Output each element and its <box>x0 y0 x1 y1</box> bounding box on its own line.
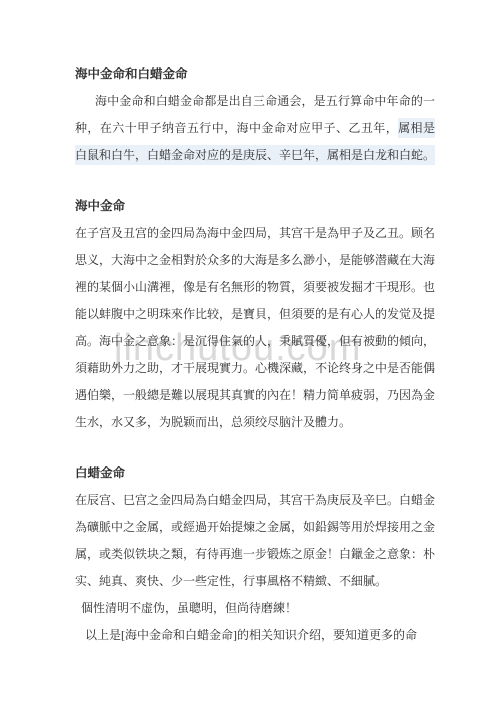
section-bailajin-body-continued: 個性清明不虚伪，虽聰明，但尚待磨練！ <box>75 595 435 622</box>
intro-text: 海中金命和白蜡金命都是出自三命通会，是五行算命中年命的一种，在六十甲子纳音五行中… <box>75 94 435 135</box>
document-page: jinchutou.com 海中金命和白蜡金命 海中金命和白蜡金命都是出自三命通… <box>0 0 500 708</box>
article: 海中金命和白蜡金命 海中金命和白蜡金命都是出自三命通会，是五行算命中年命的一种，… <box>75 61 435 649</box>
closing-paragraph: 以上是[海中金命和白蜡金命]的相关知识介绍，要知道更多的命 <box>75 622 435 649</box>
article-main-heading: 海中金命和白蜡金命 <box>75 61 435 88</box>
section-haizhongjin-body: 在子宫及丑宫的金四局為海中金四局，其宫干是為甲子及乙丑。顾名思义，大海中之金相對… <box>75 220 435 436</box>
intro-paragraph: 海中金命和白蜡金命都是出自三命通会，是五行算命中年命的一种，在六十甲子纳音五行中… <box>75 88 435 169</box>
section-bailajin-body: 在辰宫、巳宫之金四局為白蜡金四局，其宫干為庚辰及辛巳。白蜡金為礦脈中之金属，或經… <box>75 487 435 595</box>
section-haizhongjin-heading: 海中金命 <box>75 193 435 220</box>
section-bailajin-heading: 白蜡金命 <box>75 460 435 487</box>
